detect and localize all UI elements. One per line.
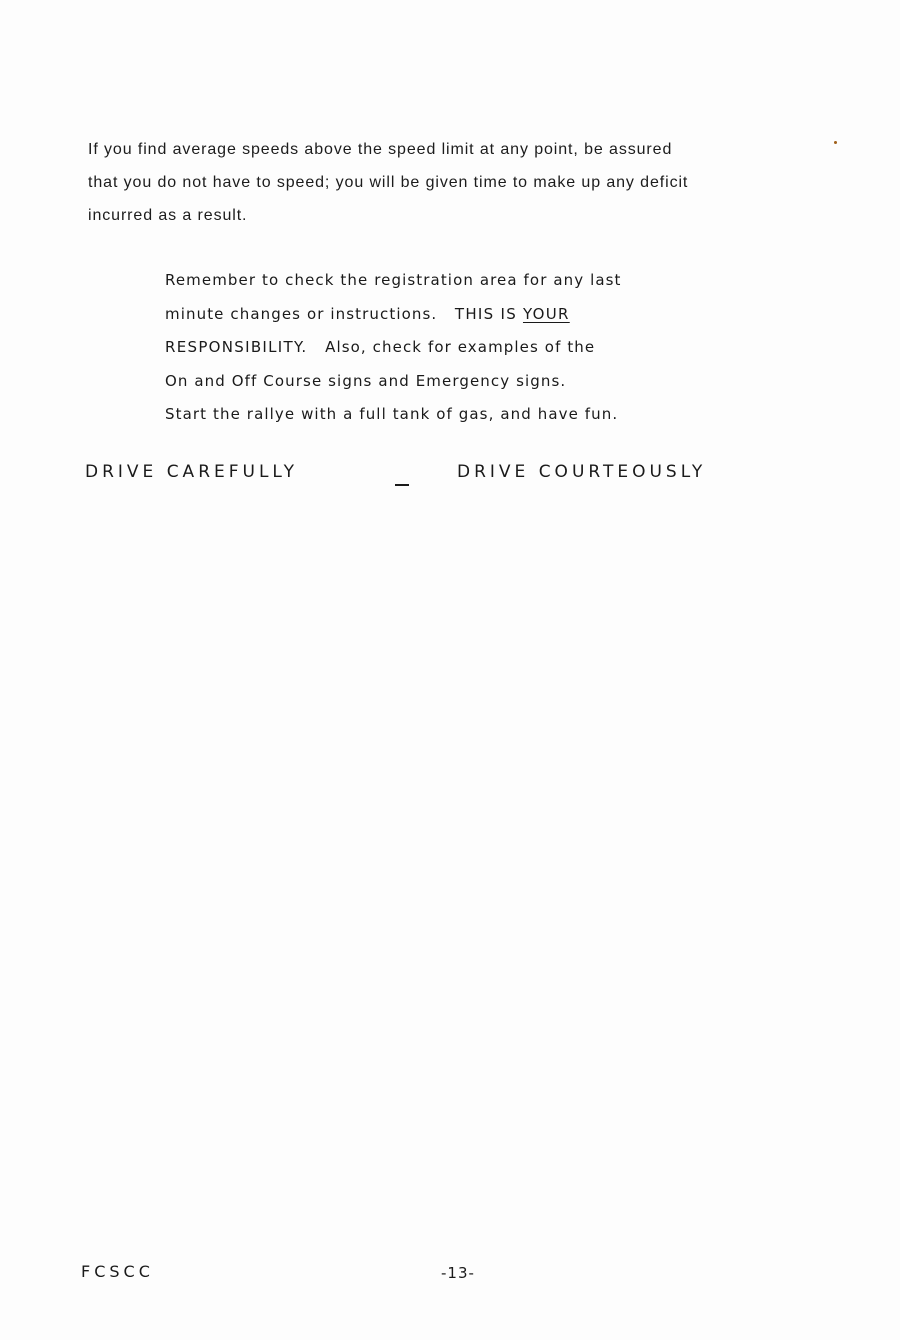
paragraph-text: minute changes or instructions. <box>165 305 437 323</box>
reminder-paragraph: Remember to check the registration area … <box>165 264 725 432</box>
paragraph-line: On and Off Course signs and Emergency si… <box>165 365 725 399</box>
paragraph-text: Also, check for examples of the <box>325 338 595 356</box>
page-number: -13- <box>441 1264 475 1282</box>
slogan-right: DRIVE COURTEOUSLY <box>457 462 706 482</box>
paragraph-line: incurred as a result. <box>88 199 848 232</box>
paragraph-line: Remember to check the registration area … <box>165 264 725 298</box>
slogan-separator <box>395 484 409 486</box>
document-page: If you find average speeds above the spe… <box>0 0 900 1340</box>
emphasis-text: RESPONSIBILITY. <box>165 338 308 356</box>
slogan-left: DRIVE CAREFULLY <box>85 462 298 482</box>
underlined-emphasis: YOUR <box>523 305 570 323</box>
paragraph-line: If you find average speeds above the spe… <box>88 133 848 166</box>
emphasis-text: THIS IS <box>455 305 517 323</box>
paragraph-line: RESPONSIBILITY. Also, check for examples… <box>165 331 725 365</box>
paragraph-line: that you do not have to speed; you will … <box>88 166 848 199</box>
footer-organization: FCSCC <box>81 1262 154 1281</box>
paragraph-line: Start the rallye with a full tank of gas… <box>165 398 725 432</box>
paragraph-line: minute changes or instructions. THIS IS … <box>165 298 725 332</box>
ink-speck <box>834 141 837 144</box>
speed-limit-paragraph: If you find average speeds above the spe… <box>88 133 848 232</box>
